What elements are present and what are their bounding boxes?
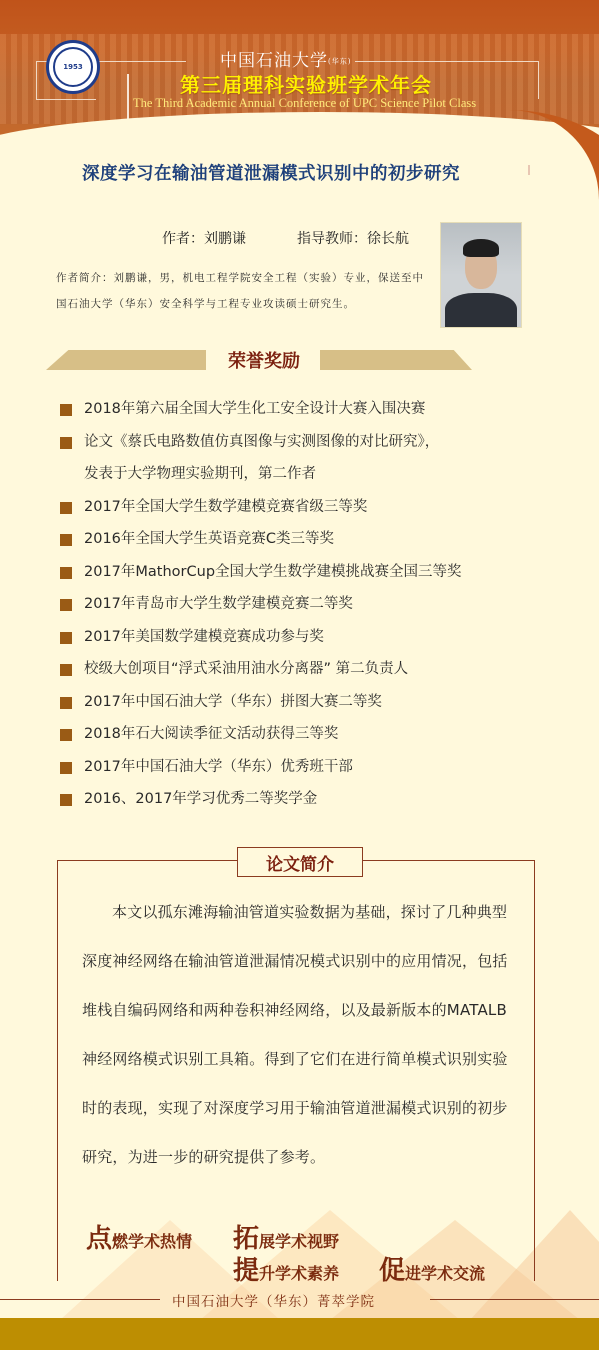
abstract-text: 本文以孤东滩海输油管道实验数据为基础，探讨了几种典型深度神经网络在输油管道泄漏情… [82, 888, 522, 1182]
frame-line [538, 61, 539, 99]
section-ribbon-left [46, 350, 206, 370]
square-bullet-icon [60, 502, 72, 514]
footer-rule [430, 1299, 599, 1300]
square-bullet-icon [60, 567, 72, 579]
square-bullet-icon [60, 599, 72, 611]
square-bullet-icon [60, 762, 72, 774]
square-bullet-icon [60, 664, 72, 676]
author-bio: 作者简介：刘鹏谦，男，机电工程学院安全工程（实验）专业，保送至中国石油大学（华东… [56, 265, 428, 317]
list-item: 2017年MathorCup全国大学生数学建模挑战赛全国三等奖 [58, 556, 462, 589]
list-item: 2017年中国石油大学（华东）优秀班干部 [58, 751, 462, 784]
frame-line [36, 61, 37, 99]
section-ribbon-right [320, 350, 472, 370]
footer-rule [0, 1299, 160, 1300]
footer-college-name: 中国石油大学（华东）菁萃学院 [172, 1290, 375, 1310]
honors-section-title: 荣誉奖励 [228, 347, 300, 373]
list-item: 2018年石大阅读季征文活动获得三等奖 [58, 718, 462, 751]
square-bullet-icon [60, 534, 72, 546]
list-item: 2016、2017年学习优秀二等奖学金 [58, 783, 462, 816]
slogan-1: 点燃学术热情 [86, 1218, 192, 1255]
title-mark [528, 165, 530, 175]
honors-list: 2018年第六届全国大学生化工安全设计大赛入围决赛 论文《蔡氏电路数值仿真图像与… [58, 393, 462, 816]
frame-line [36, 99, 96, 100]
footer-band [0, 1318, 599, 1350]
slogan-3: 提升学术素养 [233, 1250, 339, 1287]
list-item: 2017年美国数学建模竞赛成功参与奖 [58, 621, 462, 654]
slogan-4: 促进学术交流 [379, 1250, 485, 1287]
list-item: 论文《蔡氏电路数值仿真图像与实测图像的对比研究》，发表于大学物理实验期刊，第二作… [58, 426, 462, 491]
square-bullet-icon [60, 437, 72, 449]
author-photo [440, 222, 522, 328]
list-item: 2018年第六届全国大学生化工安全设计大赛入围决赛 [58, 393, 462, 426]
list-item: 校级大创项目“浮式采油用油水分离器” 第二负责人 [58, 653, 462, 686]
frame-line [355, 61, 539, 62]
university-logo: 1953 [46, 40, 100, 94]
square-bullet-icon [60, 632, 72, 644]
logo-year: 1953 [63, 63, 82, 71]
list-item: 2017年青岛市大学生数学建模竞赛二等奖 [58, 588, 462, 621]
paper-title: 深度学习在输油管道泄漏模式识别中的初步研究 [82, 160, 460, 185]
square-bullet-icon [60, 404, 72, 416]
advisor-name: 指导教师：徐长航 [297, 228, 409, 248]
square-bullet-icon [60, 729, 72, 741]
list-item: 2017年中国石油大学（华东）拼图大赛二等奖 [58, 686, 462, 719]
list-item: 2016年全国大学生英语竞赛C类三等奖 [58, 523, 462, 556]
university-name: 中国石油大学(华东) [220, 46, 351, 71]
conference-title: 第三届理科实验班学术年会 [180, 69, 432, 98]
author-name: 作者：刘鹏谦 [162, 228, 246, 248]
list-item: 2017年全国大学生数学建模竞赛省级三等奖 [58, 491, 462, 524]
square-bullet-icon [60, 794, 72, 806]
conference-title-en: The Third Academic Annual Conference of … [133, 96, 476, 111]
logo-emblem-icon: 1953 [53, 47, 93, 87]
abstract-section-title: 论文简介 [237, 847, 363, 877]
square-bullet-icon [60, 697, 72, 709]
